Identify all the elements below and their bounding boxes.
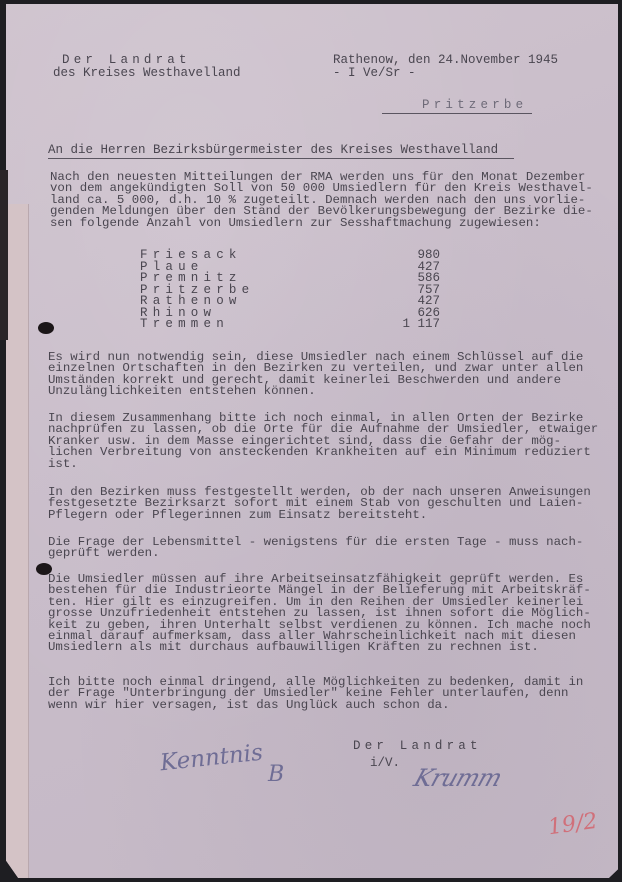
on-behalf-mark: i/V.: [370, 758, 400, 770]
place-date: Rathenow, den 24.November 1945: [333, 55, 558, 67]
allocation-row: Tremmen1 117: [140, 319, 440, 331]
intro-paragraph: Nach den neuesten Mitteilungen der RMA w…: [50, 172, 610, 229]
paragraph-closing: Ich bitte noch einmal dringend, alle Mög…: [48, 677, 608, 711]
paragraph-food: Die Frage der Lebensmittel - wenigstens …: [48, 537, 608, 560]
office-district: des Kreises Westhavelland: [53, 68, 241, 80]
text-line: Umsiedlern als mit durchaus aufbauwillig…: [48, 642, 608, 653]
recipient-copy: Pritzerbe: [382, 100, 532, 114]
paragraph-district-doctor: In den Bezirken muss festgestellt werden…: [48, 487, 608, 521]
punch-hole: [38, 322, 54, 334]
text-line: sen folgende Anzahl von Umsiedlern zur S…: [50, 218, 610, 229]
handwritten-initial: B: [268, 762, 284, 787]
allocation-list: Friesack980 Plaue427 Premnitz586 Pritzer…: [140, 250, 440, 331]
paper-torn-edge: [0, 170, 8, 340]
text-line: wenn wir hier versagen, ist das Unglück …: [48, 700, 608, 711]
text-line: Pflegern oder Pflegerinnen zum Einsatz b…: [48, 510, 608, 521]
paragraph-employment: Die Umsiedler müssen auf ihre Arbeitsein…: [48, 574, 608, 654]
office-name: Der Landrat: [62, 55, 191, 67]
text-line: ist.: [48, 459, 608, 470]
text-line: geprüft werden.: [48, 548, 608, 559]
reference-code: - I Ve/Sr -: [333, 68, 416, 80]
paragraph-health-check: In diesem Zusammenhang bitte ich noch ei…: [48, 413, 608, 470]
district-name: Tremmen: [140, 319, 229, 331]
paper-fold-strip: [6, 204, 29, 878]
text-line: lichen Verbreitung von ansteckenden Kran…: [48, 447, 608, 458]
paragraph-distribution: Es wird nun notwendig sein, diese Umsied…: [48, 352, 608, 398]
subject-line: An die Herren Bezirksbürgermeister des K…: [48, 145, 514, 159]
handwritten-signature: Krumm: [410, 764, 504, 792]
signature-title: Der Landrat: [353, 741, 482, 753]
district-count: 1 117: [360, 319, 440, 331]
text-line: Unzulänglichkeiten entstehen können.: [48, 386, 608, 397]
